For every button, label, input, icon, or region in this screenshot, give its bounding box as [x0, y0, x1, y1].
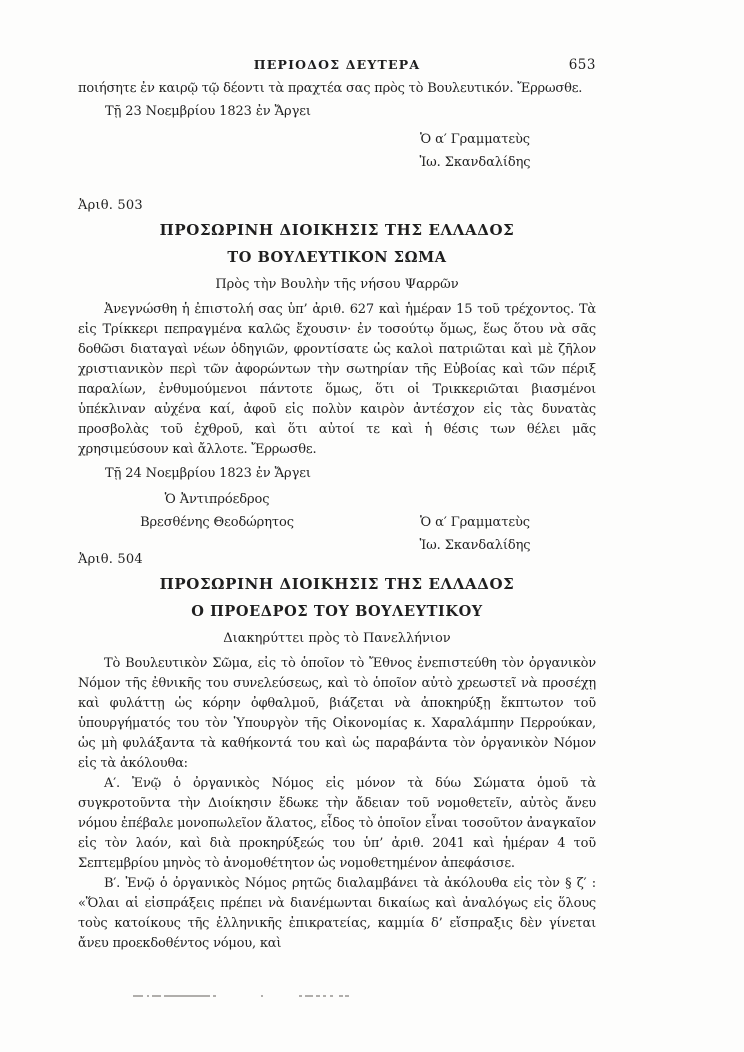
signature-title: Ὁ α′ Γραμματεὺς: [390, 511, 560, 534]
document-paragraph-intro: Τὸ Βουλευτικὸν Σῶμα, εἰς τὸ ὁποῖον τὸ Ἔθ…: [78, 654, 596, 774]
document-503: Ἀριθ. 503 ΠΡΟΣΩΡΙΝΗ ΔΙΟΙΚΗΣΙΣ ΤΗΣ ΕΛΛΑΔΟ…: [78, 197, 596, 557]
signature-name: Ἰω. Σκανδαλίδης: [390, 151, 560, 174]
document-subtitle: Ο ΠΡΟΕΔΡΟΣ ΤΟΥ ΒΟΥΛΕΥΤΙΚΟΥ: [78, 602, 596, 621]
signature-block-vice-president: Ὁ Ἀντιπρόεδρος Βρεσθένης Θεοδώρητος: [138, 488, 296, 534]
document-paragraph-beta: Β′. Ἐνῷ ὁ ὀργανικὸς Νόμος ρητῶς διαλαμβά…: [78, 874, 596, 954]
document-number: Ἀριθ. 503: [78, 197, 596, 215]
document-addressee: Πρὸς τὴν Βουλὴν τῆς νήσου Ψαρρῶν: [78, 276, 596, 294]
book-page: ΠΕΡΙΟΔΟΣ ΔΕΥΤΕΡΑ 653 ποιήσητε ἐν καιρῷ τ…: [0, 0, 744, 1052]
document-number: Ἀριθ. 504: [78, 551, 596, 569]
dateline-23-november: Τῇ 23 Νοεμβρίου 1823 ἐν Ἄργει: [78, 102, 596, 122]
document-title: ΠΡΟΣΩΡΙΝΗ ΔΙΟΙΚΗΣΙΣ ΤΗΣ ΕΛΛΑΔΟΣ: [78, 221, 596, 240]
letter-continuation: ποιήσητε ἐν καιρῷ τῷ δέοντι τὰ πραχτέα σ…: [78, 79, 596, 174]
document-subtitle: ΤΟ ΒΟΥΛΕΥΤΙΚΟΝ ΣΩΜΑ: [78, 248, 596, 267]
print-artifact: [133, 995, 349, 998]
proclamation-line: Διακηρύττει πρὸς τὸ Πανελλήνιον: [78, 630, 596, 648]
document-body: Ἀνεγνώσθη ἡ ἐπιστολή σας ὑπ’ ἀριθ. 627 κ…: [78, 300, 596, 460]
running-title: ΠΕΡΙΟΔΟΣ ΔΕΥΤΕΡΑ: [78, 57, 596, 72]
closing-line: ποιήσητε ἐν καιρῷ τῷ δέοντι τὰ πραχτέα σ…: [78, 79, 596, 99]
signature-title: Ὁ α′ Γραμματεὺς: [390, 128, 560, 151]
document-title: ΠΡΟΣΩΡΙΝΗ ΔΙΟΙΚΗΣΙΣ ΤΗΣ ΕΛΛΑΔΟΣ: [78, 575, 596, 594]
running-header: ΠΕΡΙΟΔΟΣ ΔΕΥΤΕΡΑ 653: [78, 57, 596, 75]
page-number: 653: [569, 57, 596, 73]
signature-block: Ὁ α′ Γραμματεὺς Ἰω. Σκανδαλίδης: [390, 128, 560, 174]
signature-name: Βρεσθένης Θεοδώρητος: [138, 511, 296, 534]
dateline-24-november: Τῇ 24 Νοεμβρίου 1823 ἐν Ἄργει: [78, 464, 596, 484]
document-paragraph-alpha: Α′. Ἐνῷ ὁ ὀργανικὸς Νόμος εἰς μόνον τὰ δ…: [78, 774, 596, 874]
signature-row: Ὁ Ἀντιπρόεδρος Βρεσθένης Θεοδώρητος Ὁ α′…: [78, 488, 596, 557]
signature-title: Ὁ Ἀντιπρόεδρος: [138, 488, 296, 511]
document-504: Ἀριθ. 504 ΠΡΟΣΩΡΙΝΗ ΔΙΟΙΚΗΣΙΣ ΤΗΣ ΕΛΛΑΔΟ…: [78, 551, 596, 954]
